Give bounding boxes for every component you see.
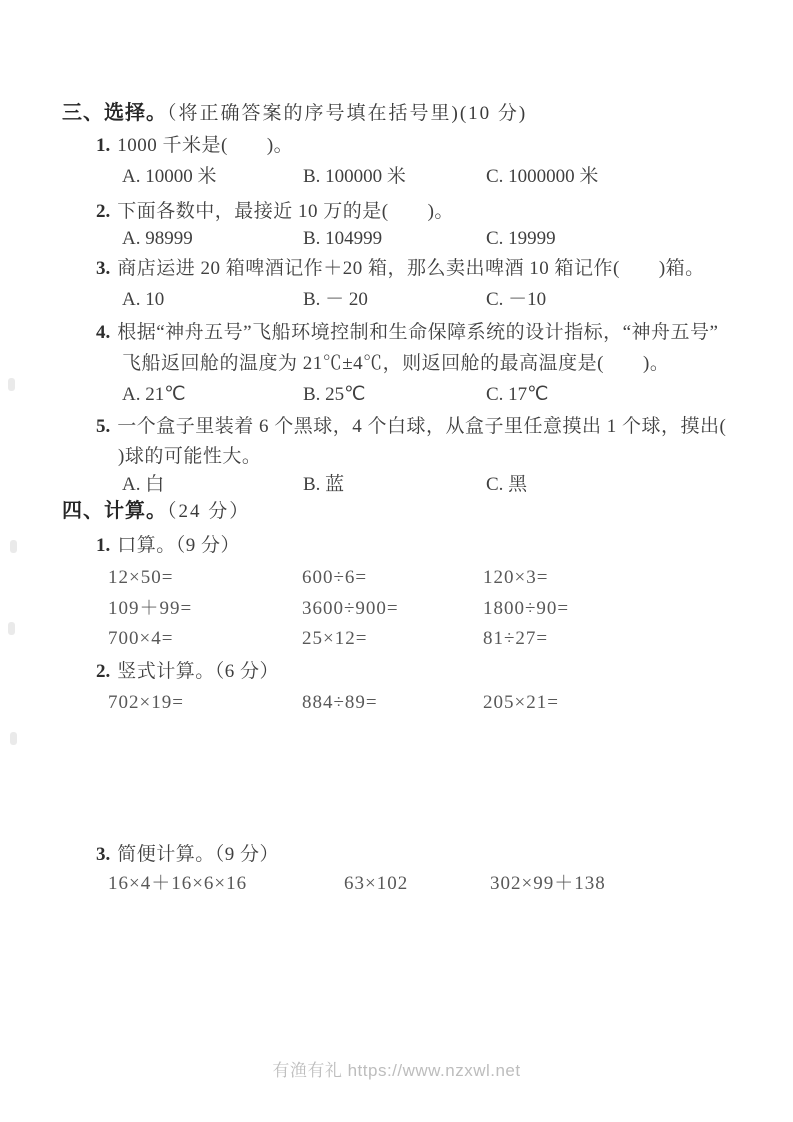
question-2-options: A. 98999 B. 104999 C. 19999 — [0, 226, 793, 252]
math-expression: 16×4＋16×6×16 — [108, 871, 247, 897]
option-c: C. 19999 — [486, 226, 556, 252]
math-expression: 700×4= — [108, 626, 173, 652]
oral-calc-row-2: 109＋99= 3600÷900= 1800÷90= — [0, 596, 793, 622]
question-4-text-line1: 根据“神舟五号”飞船环境控制和生命保障系统的设计指标，“神舟五号” — [117, 322, 718, 343]
subsection-3-number: 3. — [96, 844, 110, 865]
subsection-column-calc: 2.竖式计算。（6 分） — [96, 659, 279, 685]
math-expression: 109＋99= — [108, 596, 192, 622]
option-a: A. 98999 — [122, 226, 193, 252]
option-b: B. 25℃ — [303, 382, 366, 408]
option-c: C. 黑 — [486, 472, 527, 498]
option-a: A. 白 — [122, 472, 164, 498]
math-expression: 81÷27= — [483, 626, 548, 652]
question-1-options: A. 10000 米 B. 100000 米 C. 1000000 米 — [0, 164, 793, 190]
question-5-text-line2: )球的可能性大。 — [118, 446, 261, 467]
question-2-number: 2. — [96, 201, 110, 222]
option-a: A. 10000 米 — [122, 164, 216, 190]
question-1-number: 1. — [96, 135, 110, 156]
scan-artifact — [8, 378, 15, 391]
question-4-number: 4. — [96, 322, 110, 343]
question-3-number: 3. — [96, 258, 110, 279]
section4-header: 四、计算。（24 分） — [62, 498, 250, 524]
option-c: C. 1000000 米 — [486, 164, 598, 190]
math-expression: 302×99＋138 — [490, 871, 606, 897]
subsection-simplified-calc: 3.简便计算。（9 分） — [96, 842, 279, 868]
question-4-options: A. 21℃ B. 25℃ C. 17℃ — [0, 382, 793, 408]
option-a: A. 10 — [122, 287, 164, 313]
subsection-3-title: 简便计算。（9 分） — [117, 844, 279, 865]
oral-calc-row-3: 700×4= 25×12= 81÷27= — [0, 626, 793, 652]
column-calc-row: 702×19= 884÷89= 205×21= — [0, 690, 793, 716]
math-expression: 12×50= — [108, 565, 173, 591]
math-expression: 63×102 — [344, 871, 408, 897]
math-expression: 120×3= — [483, 565, 548, 591]
worksheet-page: 三、选择。（将正确答案的序号填在括号里)(10 分) 1.1000 千米是( )… — [0, 0, 793, 1122]
simplified-calc-row: 16×4＋16×6×16 63×102 302×99＋138 — [0, 871, 793, 897]
section3-title: 三、选择。 — [62, 102, 167, 124]
question-4: 4.根据“神舟五号”飞船环境控制和生命保障系统的设计指标，“神舟五号” — [96, 320, 718, 346]
scan-artifact — [10, 732, 17, 745]
section3-note: （将正确答案的序号填在括号里)(10 分) — [167, 103, 527, 124]
math-expression: 702×19= — [108, 690, 184, 716]
question-5-text-line1: 一个盒子里装着 6 个黑球，4 个白球，从盒子里任意摸出 1 个球，摸出( — [117, 416, 726, 437]
question-5-continued: )球的可能性大。 — [118, 444, 261, 470]
option-a: A. 21℃ — [122, 382, 186, 408]
math-expression: 25×12= — [302, 626, 367, 652]
question-3-text: 商店运进 20 箱啤酒记作＋20 箱，那么卖出啤酒 10 箱记作( )箱。 — [117, 258, 704, 279]
question-5-options: A. 白 B. 蓝 C. 黑 — [0, 472, 793, 498]
option-b: B. 蓝 — [303, 472, 344, 498]
subsection-2-number: 2. — [96, 661, 110, 682]
question-5-number: 5. — [96, 416, 110, 437]
question-5: 5.一个盒子里装着 6 个黑球，4 个白球，从盒子里任意摸出 1 个球，摸出( — [96, 414, 726, 440]
option-b: B. 104999 — [303, 226, 382, 252]
subsection-2-title: 竖式计算。（6 分） — [117, 661, 279, 682]
question-2: 2.下面各数中，最接近 10 万的是( )。 — [96, 199, 454, 225]
math-expression: 884÷89= — [302, 690, 378, 716]
subsection-oral-calc: 1.口算。（9 分） — [96, 533, 240, 559]
question-3: 3.商店运进 20 箱啤酒记作＋20 箱，那么卖出啤酒 10 箱记作( )箱。 — [96, 256, 705, 282]
math-expression: 1800÷90= — [483, 596, 569, 622]
question-2-text: 下面各数中，最接近 10 万的是( )。 — [117, 201, 454, 222]
oral-calc-row-1: 12×50= 600÷6= 120×3= — [0, 565, 793, 591]
question-1-text: 1000 千米是( )。 — [117, 135, 293, 156]
question-3-options: A. 10 B. － 20 C. －10 — [0, 287, 793, 313]
section4-title: 四、计算。 — [62, 500, 167, 522]
question-1: 1.1000 千米是( )。 — [96, 133, 293, 159]
subsection-1-title: 口算。（9 分） — [117, 535, 240, 556]
footer-watermark: 有渔有礼 https://www.nzxwl.net — [0, 1056, 793, 1081]
subsection-1-number: 1. — [96, 535, 110, 556]
section4-note: （24 分） — [167, 501, 250, 522]
option-c: C. 17℃ — [486, 382, 549, 408]
question-4-continued: 飞船返回舱的温度为 21℃±4℃，则返回舱的最高温度是( )。 — [122, 351, 669, 377]
scan-artifact — [8, 622, 15, 635]
question-4-text-line2: 飞船返回舱的温度为 21℃±4℃，则返回舱的最高温度是( )。 — [122, 353, 669, 374]
option-b: B. 100000 米 — [303, 164, 406, 190]
math-expression: 205×21= — [483, 690, 559, 716]
math-expression: 600÷6= — [302, 565, 367, 591]
option-b: B. － 20 — [303, 287, 368, 313]
math-expression: 3600÷900= — [302, 596, 399, 622]
section3-header: 三、选择。（将正确答案的序号填在括号里)(10 分) — [62, 100, 527, 126]
option-c: C. －10 — [486, 287, 546, 313]
scan-artifact — [10, 540, 17, 553]
